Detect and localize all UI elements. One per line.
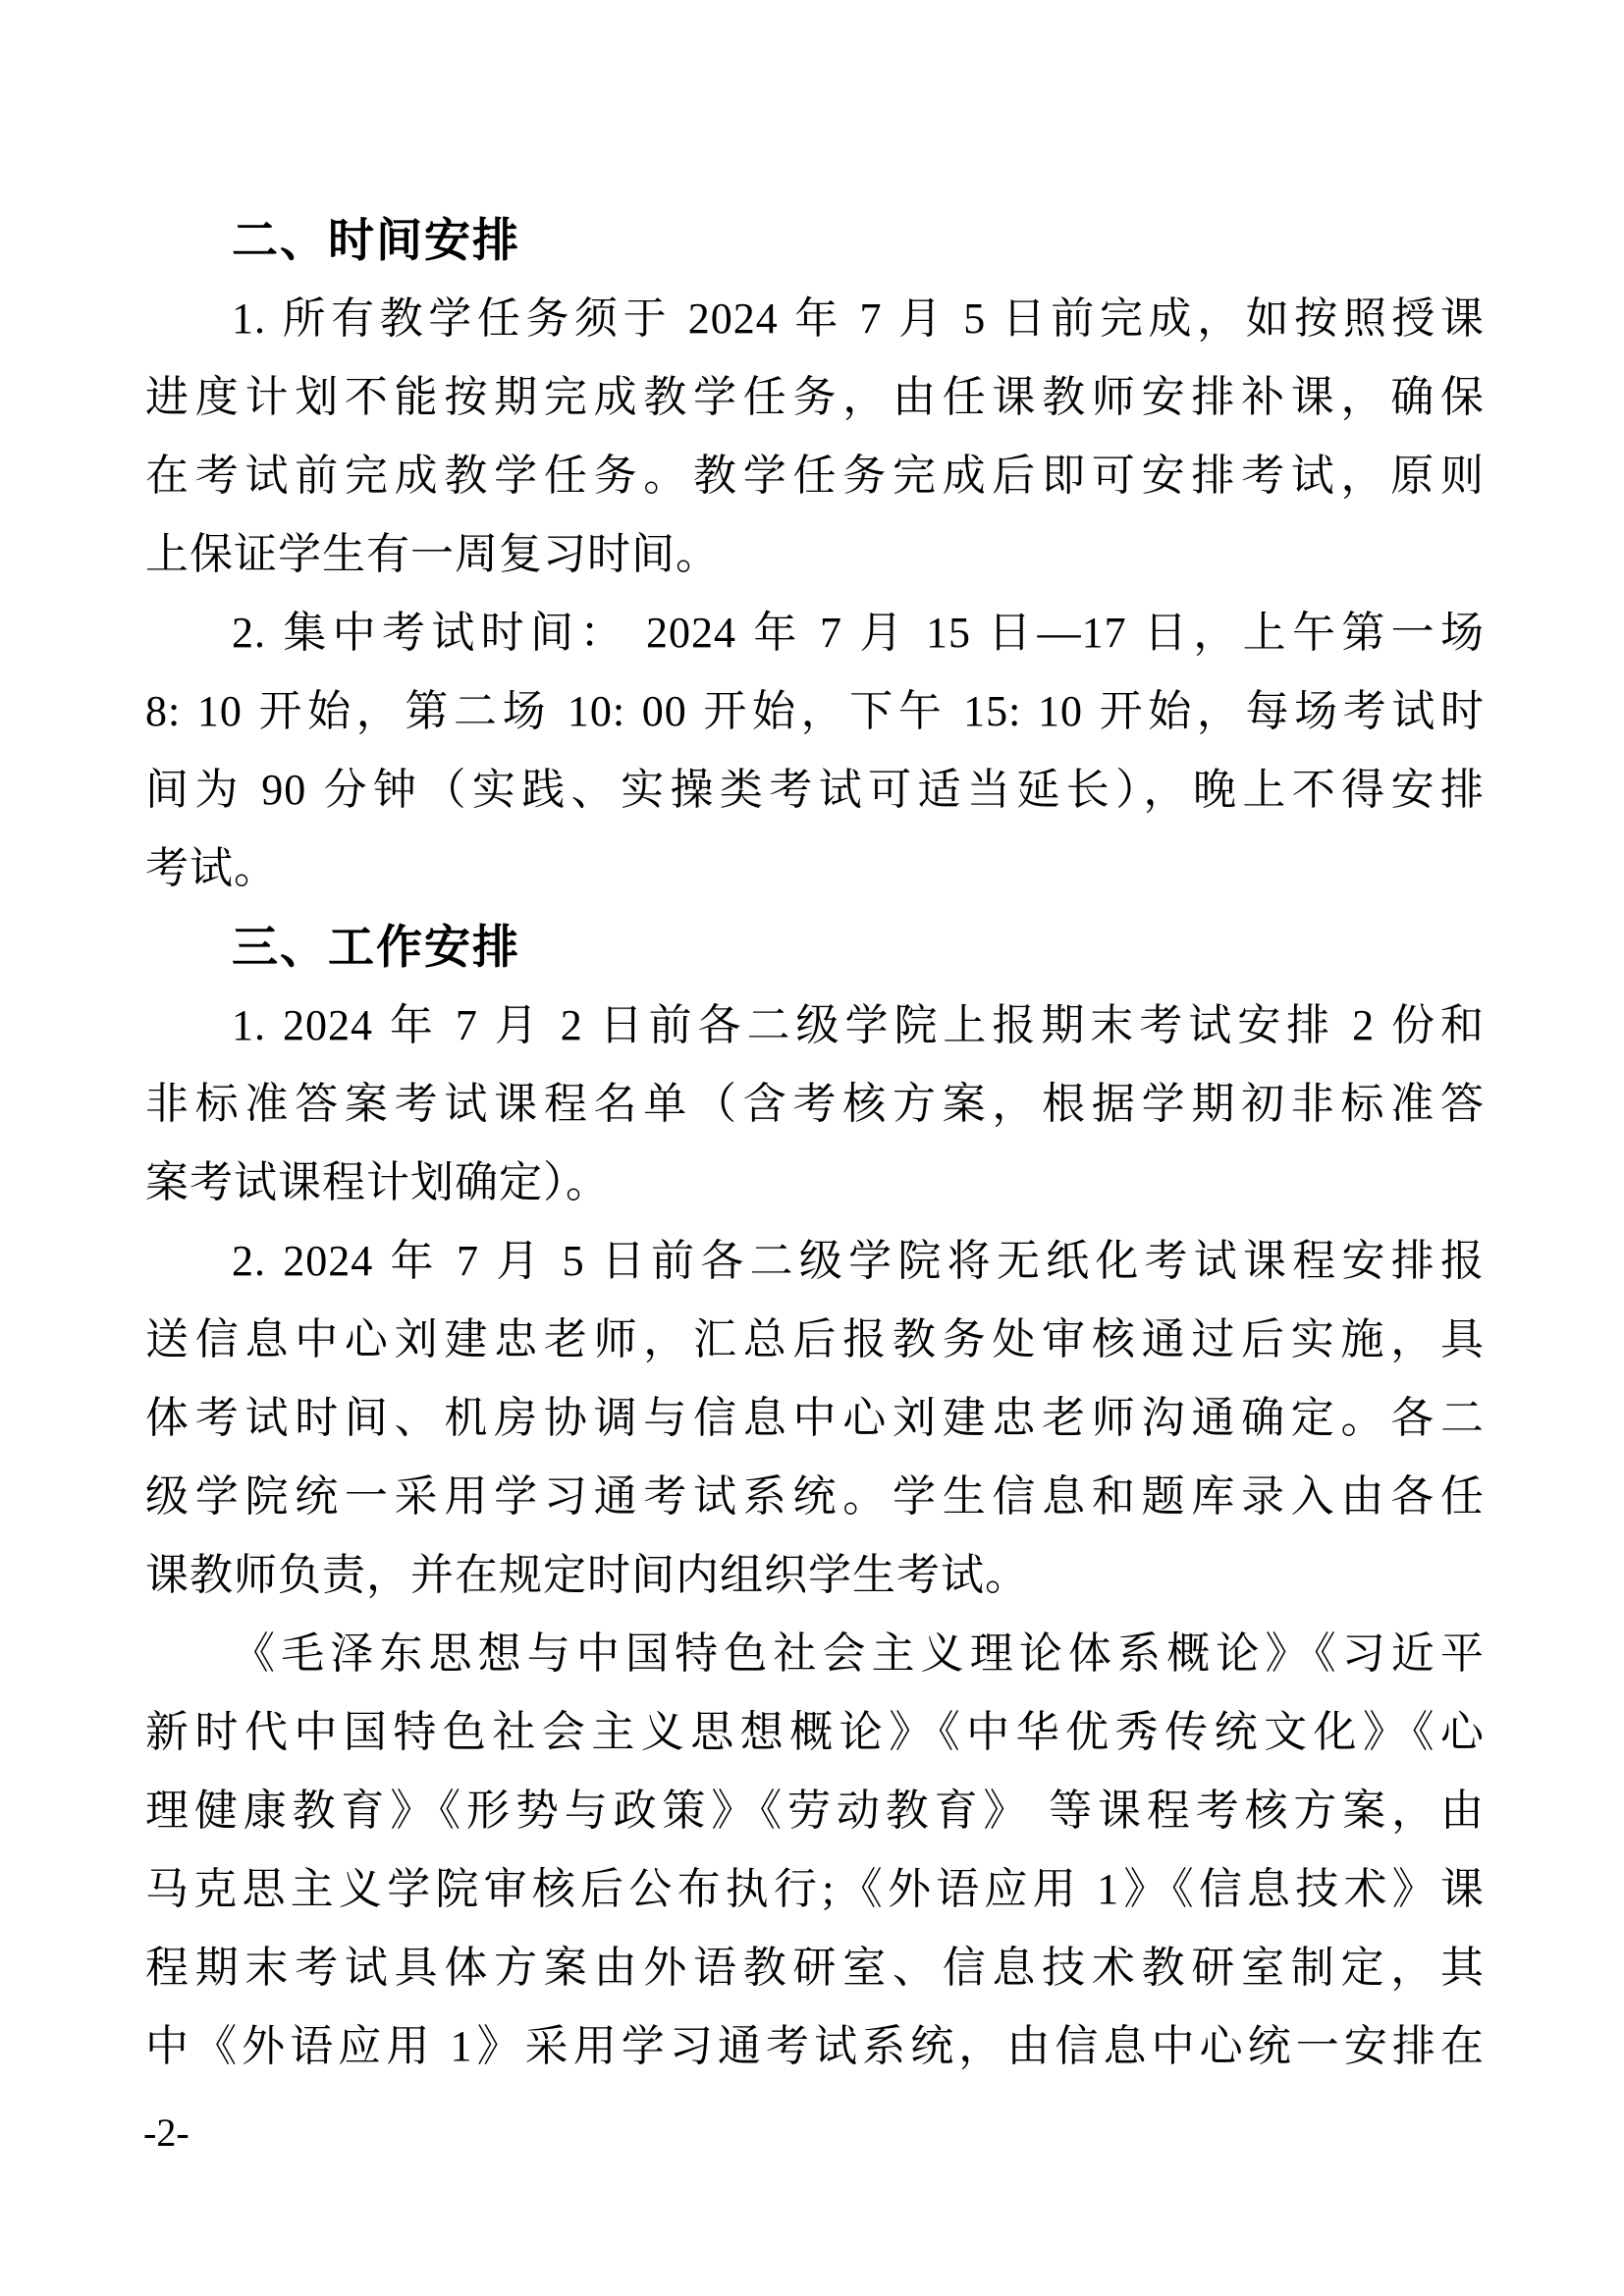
- text-line: 级学院统一采用学习通考试系统。学生信息和题库录入由各任: [145, 1458, 1485, 1536]
- text-line: 中《外语应用 1》采用学习通考试系统，由信息中心统一安排在: [145, 2007, 1485, 2086]
- text-line: 间为 90 分钟（实践、实操类考试可适当延长），晚上不得安排: [145, 751, 1485, 829]
- text-line: 2. 集中考试时间： 2024 年 7 月 15 日—17 日，上午第一场: [145, 594, 1485, 672]
- text-line: 考试。: [145, 829, 1485, 908]
- paragraph: 《毛泽东思想与中国特色社会主义理论体系概论》《习近平新时代中国特色社会主义思想概…: [145, 1615, 1485, 2086]
- paragraph: 1. 所有教学任务须于 2024 年 7 月 5 日前完成，如按照授课进度计划不…: [145, 280, 1485, 594]
- text-line: 1. 2024 年 7 月 2 日前各二级学院上报期末考试安排 2 份和: [145, 987, 1485, 1065]
- paragraph: 2. 集中考试时间： 2024 年 7 月 15 日—17 日，上午第一场8: …: [145, 594, 1485, 908]
- text-line: 2. 2024 年 7 月 5 日前各二级学院将无纸化考试课程安排报: [145, 1222, 1485, 1301]
- text-line: 理健康教育》《形势与政策》《劳动教育》 等课程考核方案，由: [145, 1772, 1485, 1850]
- text-line: 《毛泽东思想与中国特色社会主义理论体系概论》《习近平: [145, 1615, 1485, 1693]
- text-line: 上保证学生有一周复习时间。: [145, 515, 1485, 594]
- text-line: 在考试前完成教学任务。教学任务完成后即可安排考试，原则: [145, 437, 1485, 515]
- text-line: 程期末考试具体方案由外语教研室、信息技术教研室制定，其: [145, 1929, 1485, 2007]
- text-line: 8: 10 开始，第二场 10: 00 开始，下午 15: 10 开始，每场考试…: [145, 672, 1485, 751]
- text-line: 体考试时间、机房协调与信息中心刘建忠老师沟通确定。各二: [145, 1379, 1485, 1458]
- text-line: 非标准答案考试课程名单（含考核方案，根据学期初非标准答: [145, 1065, 1485, 1144]
- text-line: 马克思主义学院审核后公布执行;《外语应用 1》《信息技术》课: [145, 1850, 1485, 1929]
- text-line: 送信息中心刘建忠老师，汇总后报教务处审核通过后实施，具: [145, 1301, 1485, 1379]
- document-page: 二、时间安排1. 所有教学任务须于 2024 年 7 月 5 日前完成，如按照授…: [0, 0, 1624, 2296]
- text-line: 课教师负责，并在规定时间内组织学生考试。: [145, 1536, 1485, 1615]
- page-number: -2-: [143, 2094, 189, 2172]
- section-heading: 三、工作安排: [145, 908, 1485, 987]
- section-heading: 二、时间安排: [145, 201, 1485, 280]
- text-line: 进度计划不能按期完成教学任务，由任课教师安排补课，确保: [145, 358, 1485, 437]
- text-line: 新时代中国特色社会主义思想概论》《中华优秀传统文化》《心: [145, 1693, 1485, 1772]
- paragraph: 1. 2024 年 7 月 2 日前各二级学院上报期末考试安排 2 份和非标准答…: [145, 987, 1485, 1222]
- text-line: 案考试课程计划确定）。: [145, 1144, 1485, 1222]
- text-line: 1. 所有教学任务须于 2024 年 7 月 5 日前完成，如按照授课: [145, 280, 1485, 358]
- document-body: 二、时间安排1. 所有教学任务须于 2024 年 7 月 5 日前完成，如按照授…: [145, 201, 1485, 2086]
- paragraph: 2. 2024 年 7 月 5 日前各二级学院将无纸化考试课程安排报送信息中心刘…: [145, 1222, 1485, 1615]
